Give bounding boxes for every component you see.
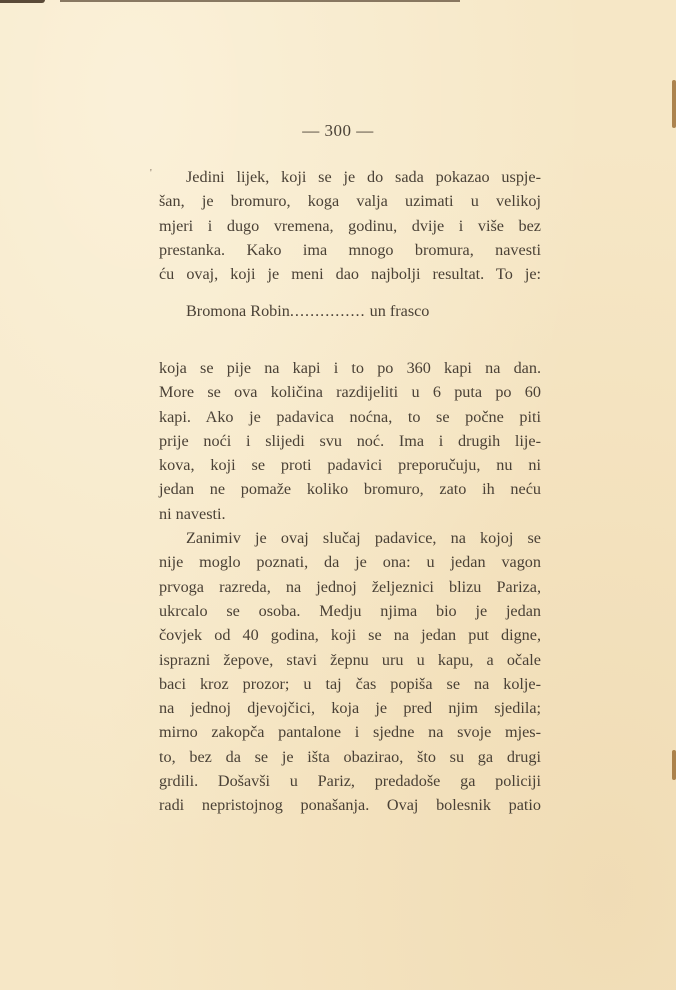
recipe-name: Bromona Robin [186, 302, 290, 320]
text-line: ni navesti. [159, 502, 541, 526]
text-line: ću ovaj, koji je meni dao najbolji resul… [159, 262, 541, 286]
recipe-line: Bromona Robin............... un frasco [186, 302, 429, 321]
text-line: to, bez da se je išta obazirao, što su g… [159, 745, 541, 769]
edge-stain-bottom [672, 750, 676, 780]
page-number: — 300 — [0, 121, 676, 141]
text-line: grdili. Došavši u Pariz, predadoše ga po… [159, 769, 541, 793]
scan-edge-mark [0, 0, 45, 3]
text-block-2: koja se pije na kapi i to po 360 kapi na… [159, 356, 541, 818]
text-line: More se ova količina razdijeliti u 6 put… [159, 380, 541, 404]
text-block: Jedini lijek, koji se je do sada pokazao… [159, 165, 541, 286]
text-line: Zanimiv je ovaj slučaj padavice, na kojo… [159, 526, 541, 550]
text-line: kova, koji se proti padavici preporučuju… [159, 453, 541, 477]
text-line: Jedini lijek, koji se je do sada pokazao… [159, 165, 541, 189]
text-line: čovjek od 40 godina, koji se na jedan pu… [159, 623, 541, 647]
text-line: isprazni žepove, stavi žepnu uru u kapu,… [159, 648, 541, 672]
text-line: ukrcalo se osoba. Medju njima bio je jed… [159, 599, 541, 623]
text-line: jedan ne pomaže koliko bromuro, zato ih … [159, 477, 541, 501]
text-line: koja se pije na kapi i to po 360 kapi na… [159, 356, 541, 380]
text-line: radi nepristojnog ponašanja. Ovaj bolesn… [159, 793, 541, 817]
dot-leader: ............... [290, 302, 366, 320]
speck-mark: ' [150, 168, 152, 179]
text-line: nije moglo poznati, da je ona: u jedan v… [159, 550, 541, 574]
page-top-edge [60, 0, 460, 2]
text-line: baci kroz prozor; u taj čas popiša se na… [159, 672, 541, 696]
text-line: prvoga razreda, na jednoj željeznici bli… [159, 575, 541, 599]
text-line: kapi. Ako je padavica noćna, to se počne… [159, 405, 541, 429]
paragraph-3: Zanimiv je ovaj slučaj padavice, na kojo… [159, 526, 541, 818]
text-line: prestanka. Kako ima mnogo bromura, naves… [159, 238, 541, 262]
text-line: mirno zakopča pantalone i sjedne na svoj… [159, 720, 541, 744]
text-line: šan, je bromuro, koga valja uzimati u ve… [159, 189, 541, 213]
text-line: prije noći i slijedi svu noć. Ima i drug… [159, 429, 541, 453]
recipe-quantity: un frasco [370, 302, 430, 320]
paragraph-2: koja se pije na kapi i to po 360 kapi na… [159, 356, 541, 526]
text-line: mjeri i dugo vremena, godinu, dvije i vi… [159, 214, 541, 238]
paragraph-1: Jedini lijek, koji se je do sada pokazao… [159, 165, 541, 286]
text-line: na jednoj djevojčici, koja je pred njim … [159, 696, 541, 720]
